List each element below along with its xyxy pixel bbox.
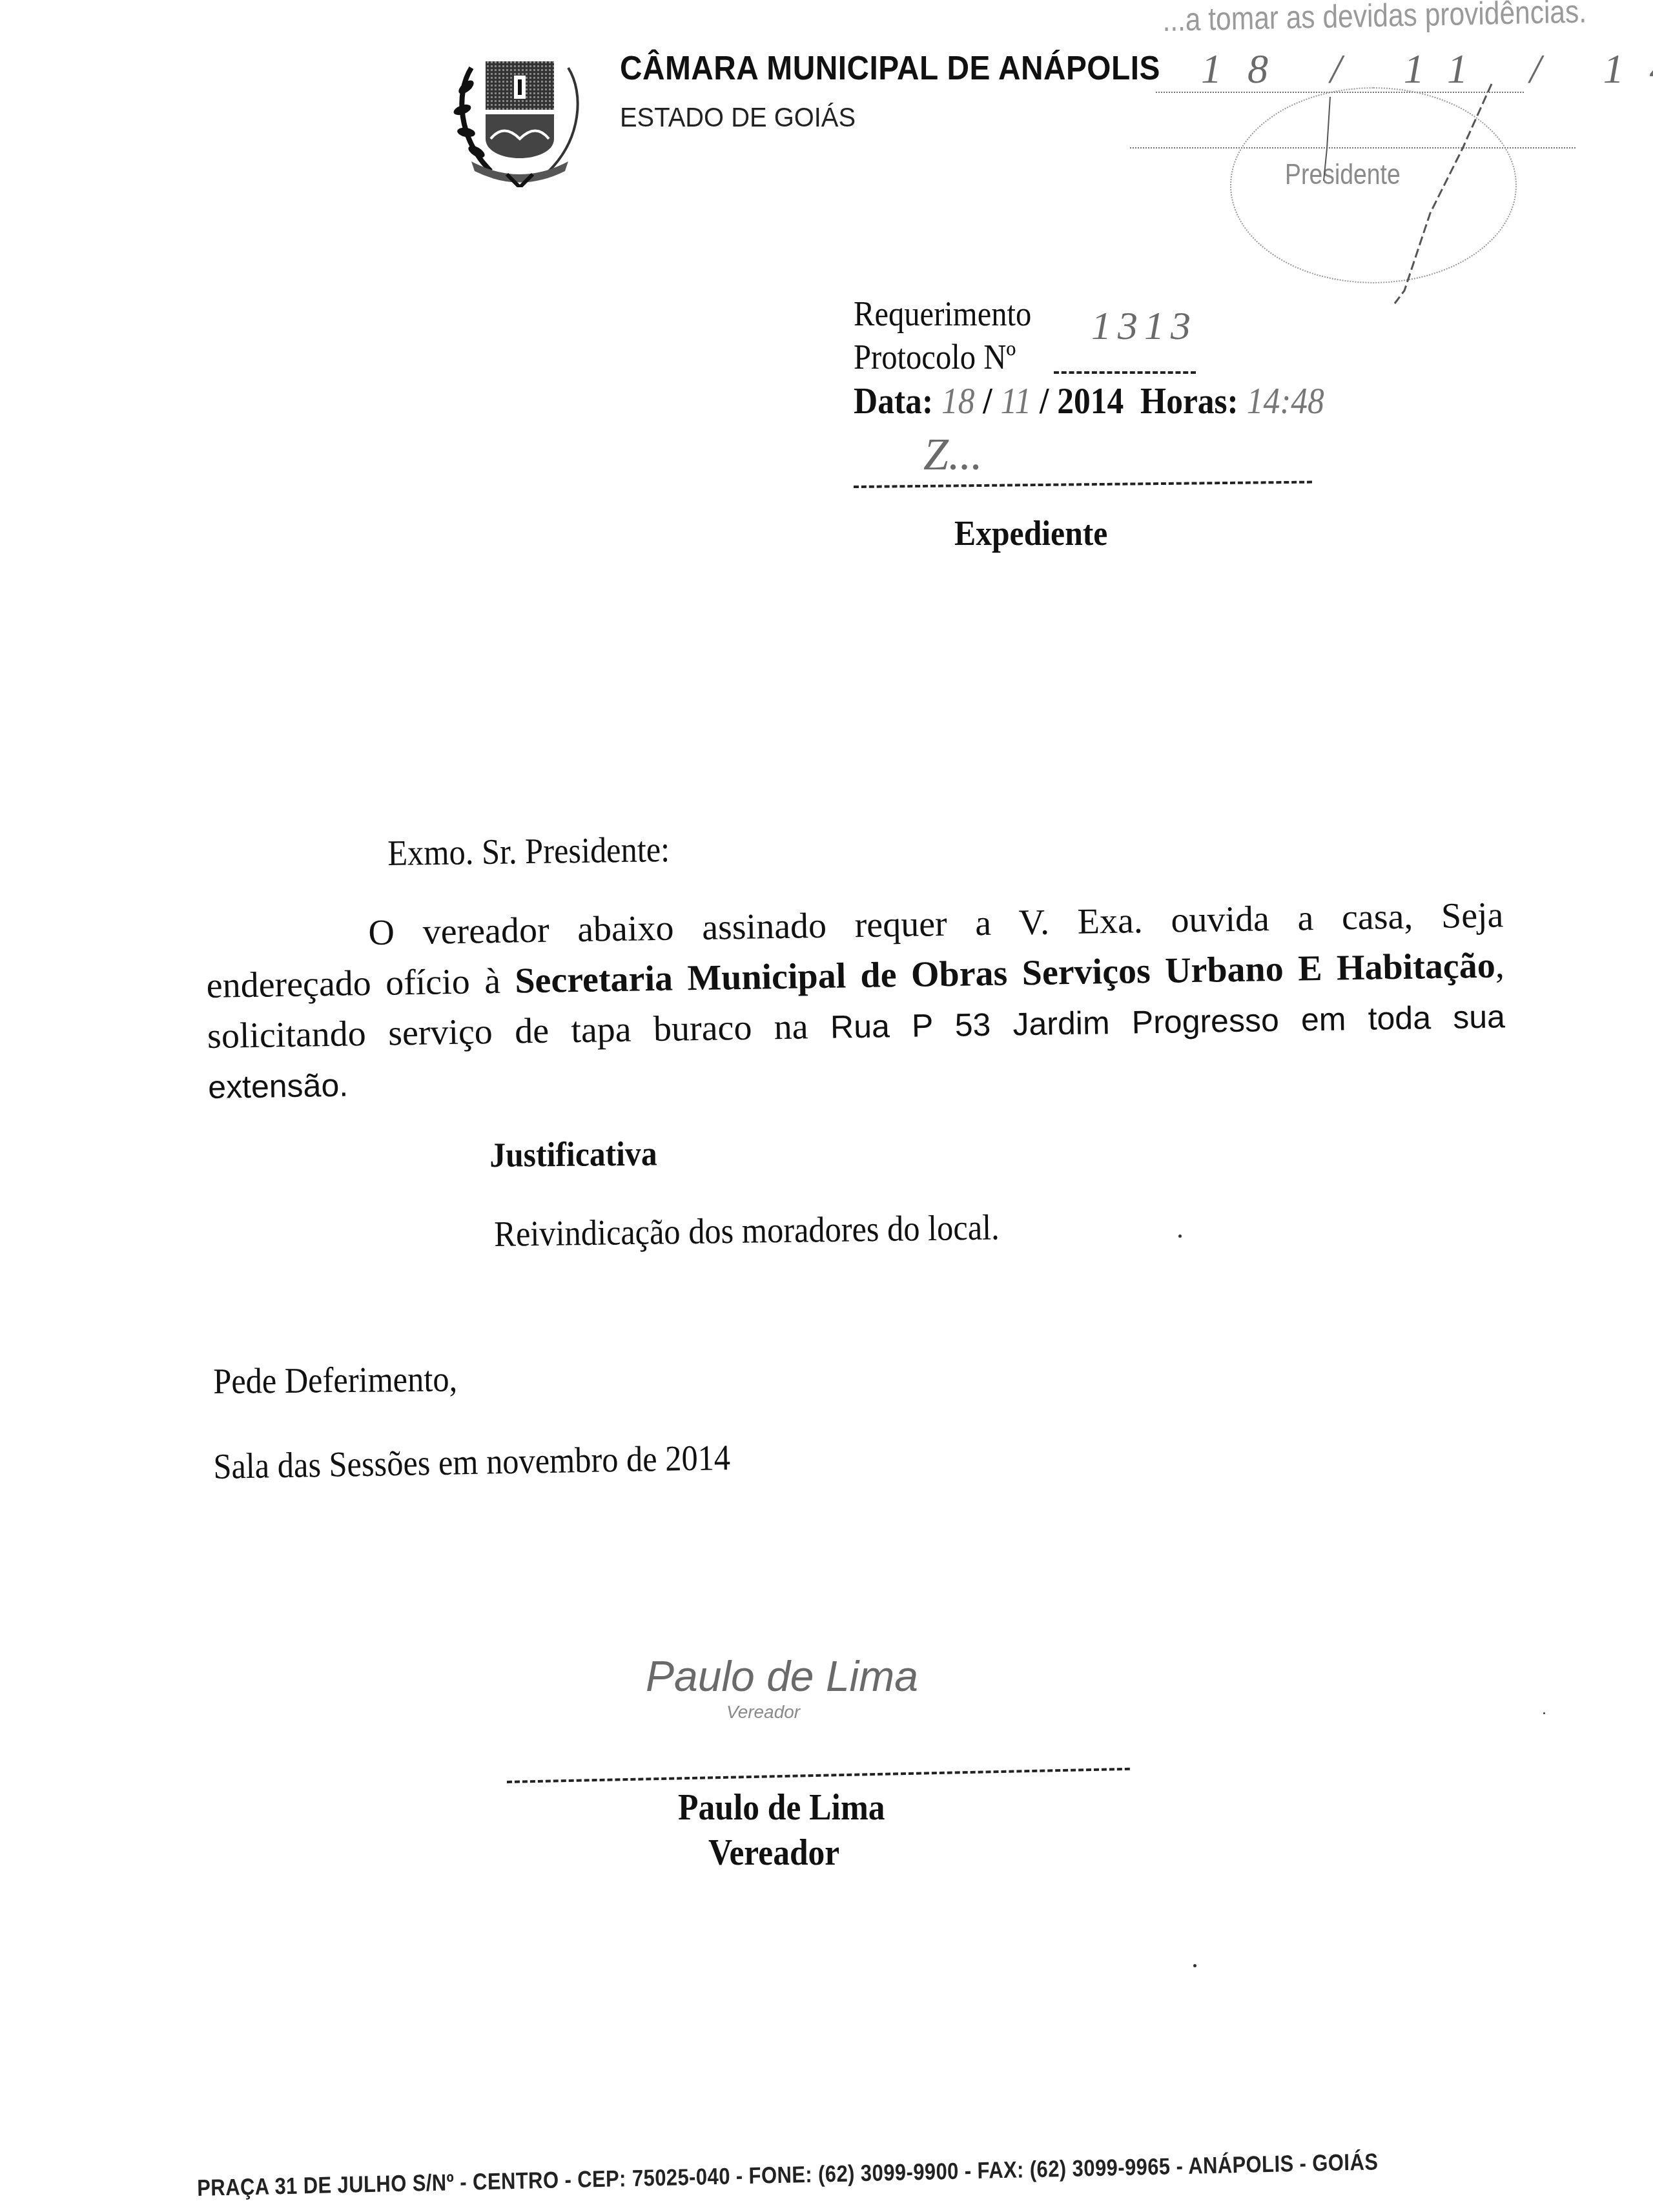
president-signature-stroke (0, 0, 1653, 387)
date-month: 11 (1001, 382, 1032, 422)
date-year: 2014 (1057, 382, 1124, 422)
footer-address: PRAÇA 31 DE JULHO S/Nº - CENTRO - CEP: 7… (197, 2148, 1379, 2202)
signature-stamp-name: Paulo de Lima (646, 1652, 918, 1701)
signature-line (507, 1768, 1130, 1783)
expediente-signature-line (854, 481, 1312, 488)
date-separator: / (1040, 382, 1049, 422)
paragraph-line-2-suffix: , (1495, 945, 1504, 985)
signer-name: Paulo de Lima (678, 1787, 885, 1828)
protocol-number: 1313 (1091, 303, 1197, 349)
signer-role: Vereador (708, 1832, 839, 1874)
salutation: Exmo. Sr. Presidente: (387, 829, 670, 874)
scan-speck (1178, 1234, 1182, 1238)
paragraph-line-2-prefix: endereçado ofício à (206, 961, 515, 1005)
scan-speck (1543, 1712, 1545, 1714)
protocol-label-text: Protocolo Nº (854, 338, 1016, 376)
paragraph-line-3-prefix: solicitando serviço de tapa buraco na (207, 1007, 831, 1056)
justification-text: Reivindicação dos moradores do local. (494, 1207, 1000, 1255)
street-location: Rua P 53 Jardim Progresso em toda sua (830, 998, 1506, 1045)
expediente-signature: Z... (923, 429, 982, 481)
request-paragraph: O vereador abaixo assinado requer a V. E… (205, 890, 1506, 1112)
scan-speck (1193, 1964, 1196, 1967)
closing-line: Pede Deferimento, (213, 1358, 457, 1402)
justification-title: Justificativa (489, 1134, 657, 1175)
protocol-date-row: Data: 18 / 11 / 2014 Horas: 14:48 (854, 381, 1324, 422)
signature-stamp-role: Vereador (726, 1702, 800, 1723)
date-day: 18 (941, 382, 975, 422)
date-label: Data: (854, 382, 933, 422)
date-separator: / (983, 382, 992, 422)
protocol-number-line (1054, 371, 1196, 374)
expediente-label: Expediente (954, 513, 1107, 553)
hours-label: Horas: (1140, 382, 1238, 422)
protocol-label: Protocolo Nº (854, 337, 1016, 377)
place-and-date: Sala das Sessões em novembro de 2014 (213, 1437, 730, 1488)
document-type-label: Requerimento (854, 294, 1031, 334)
hours-value: 14:48 (1247, 382, 1324, 422)
